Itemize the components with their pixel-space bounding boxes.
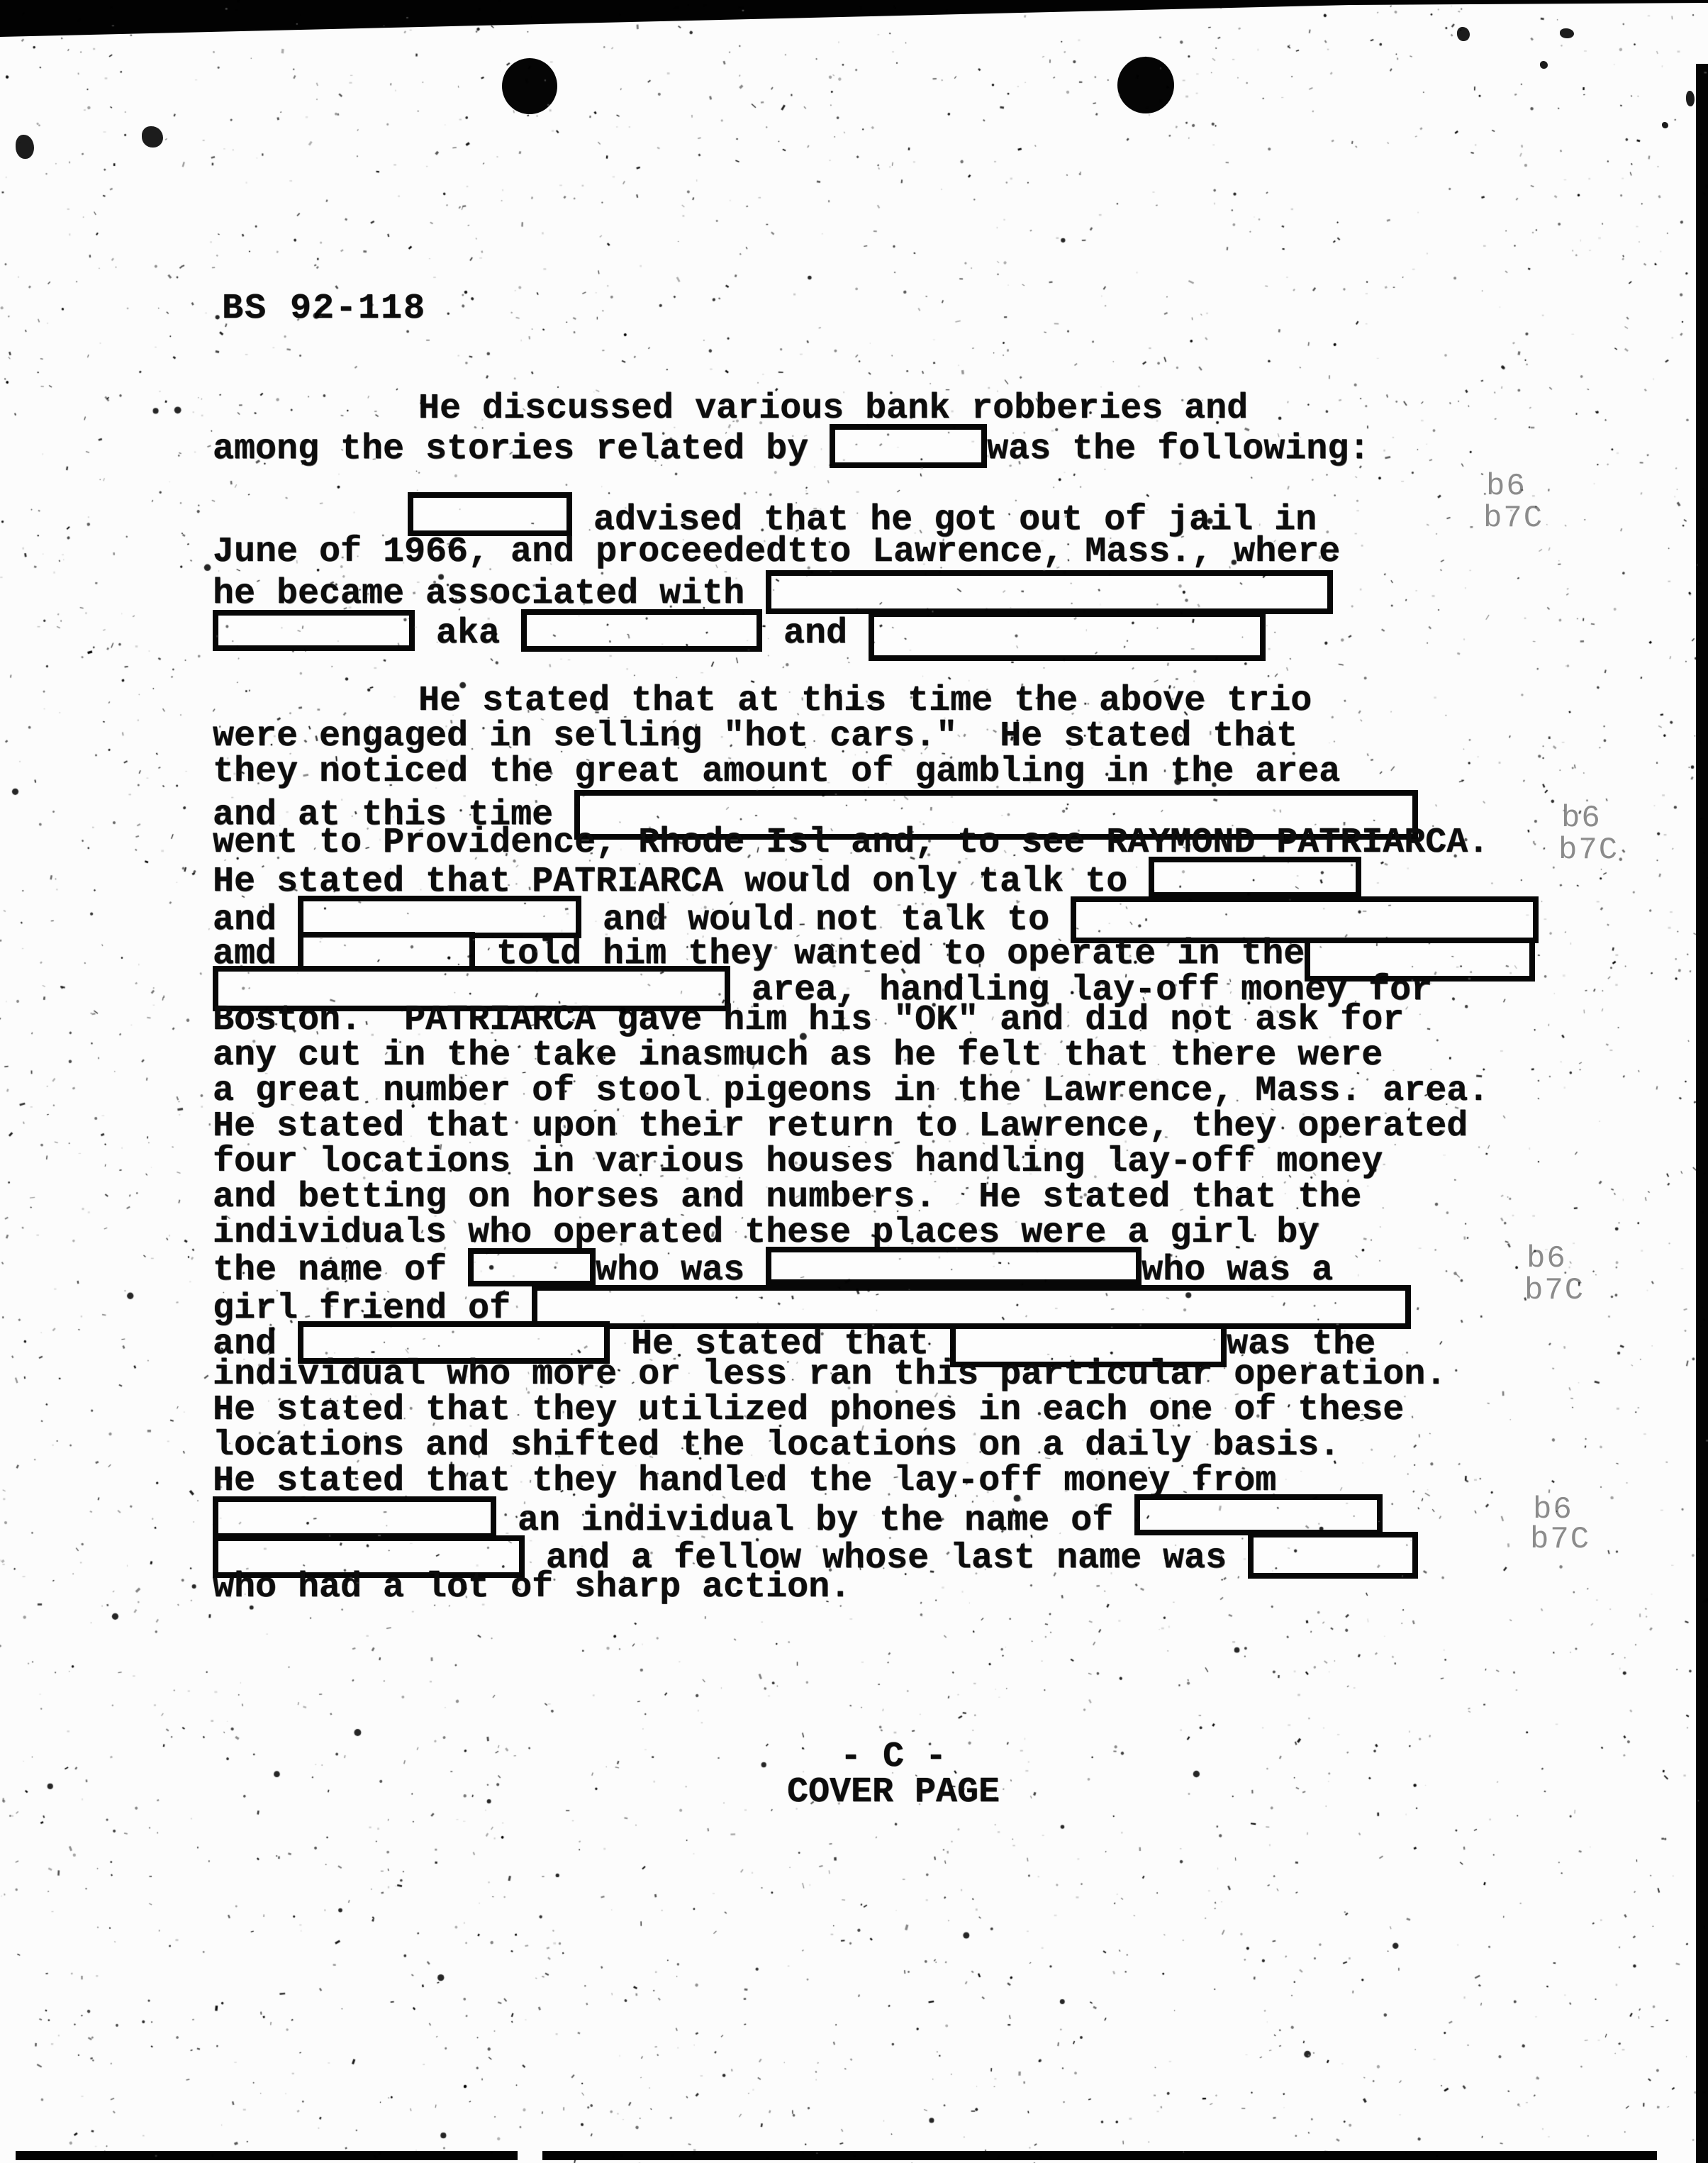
document-line: He discussed various bank robberies and [213,391,1248,427]
document-line: any cut in the take inasmuch as he felt … [213,1038,1383,1074]
document-line: among the stories related by was the fol… [213,427,1370,471]
document-line: He stated that upon their return to Lawr… [213,1109,1468,1145]
text-run: June of 1966, and proceededtto Lawrence,… [213,532,1340,572]
document-line: were engaged in selling "hot cars." He s… [213,719,1297,755]
redaction-box [1134,1494,1383,1535]
text-run: and betting on horses and numbers. He st… [213,1177,1361,1218]
foia-exemption-code: b7C [1524,1275,1585,1306]
ink-mark [1662,122,1668,128]
ink-mark [1540,61,1548,69]
footer-section-label: - C - [752,1740,1035,1775]
text-run: among the stories related by [213,429,830,469]
page-footer: - C - COVER PAGE [752,1740,1035,1811]
text-run: aka [415,613,521,654]
text-run: were engaged in selling "hot cars." He s… [213,716,1297,757]
ink-mark [1686,91,1695,106]
ink-mark [142,126,163,148]
foia-exemption-code: b6 [1533,1494,1573,1525]
redaction-box [213,1496,496,1539]
document-line: individuals who operated these places we… [213,1216,1319,1251]
foia-exemption-code: b7C [1483,503,1544,534]
foia-exemption-code: b7C [1558,835,1619,866]
text-run: was the following: [987,429,1370,469]
document-line: they noticed the great amount of gamblin… [213,755,1340,790]
document-line: locations and shifted the locations on a… [213,1428,1340,1464]
case-number: BS 92-118 [222,289,426,329]
text-run: a great number of stool pigeons in the L… [213,1071,1489,1111]
document-line: who had a lot of sharp action. [213,1570,851,1606]
redaction-box [766,1247,1142,1285]
document-line: He stated that they utilized phones in e… [213,1393,1404,1428]
document-line: aka and [213,608,1266,658]
foia-exemption-code: b7C [1530,1524,1590,1555]
redaction-box [468,1248,596,1286]
redaction-box [408,492,572,536]
document-line: June of 1966, and proceededtto Lawrence,… [213,535,1340,570]
foia-exemption-code: b6 [1526,1243,1567,1274]
text-run: individual who more or less ran this par… [213,1355,1446,1395]
scanned-document-page: BS 92-118 He discussed various bank robb… [0,0,1708,2163]
redaction-box [830,424,987,468]
hole-punch [502,58,557,114]
text-run: any cut in the take inasmuch as he felt … [213,1035,1383,1076]
redaction-box [213,610,415,651]
scanner-bottom-edge-shadow [16,2151,518,2160]
document-line: Boston. PATRIARCA gave him his "OK" and … [213,1003,1404,1038]
hole-punch [1117,57,1174,113]
document-line: the name of who was who was a [213,1251,1333,1289]
text-run: He stated that upon their return to Lawr… [213,1106,1468,1147]
text-run: He stated that they handled the lay-off … [213,1461,1276,1501]
scanner-top-edge-shadow [0,0,1708,43]
document-line: individual who more or less ran this par… [213,1357,1446,1393]
text-run: four locations in various houses handlin… [213,1142,1383,1182]
redaction-box [766,570,1333,614]
text-run: they noticed the great amount of gamblin… [213,752,1340,792]
text-run: Boston. PATRIARCA gave him his "OK" and … [213,1000,1404,1040]
text-run: He discussed various bank robberies and [418,389,1248,429]
text-run: the name of [213,1250,468,1291]
document-line: a great number of stool pigeons in the L… [213,1074,1489,1109]
footer-page-label: COVER PAGE [752,1775,1035,1811]
ink-mark [16,135,34,159]
ink-mark [1457,27,1470,41]
redaction-box [869,611,1266,661]
document-line: He stated that they handled the lay-off … [213,1464,1276,1499]
foia-exemption-code: b6 [1561,803,1602,834]
document-line: and betting on horses and numbers. He st… [213,1180,1361,1216]
document-line: four locations in various houses handlin… [213,1145,1383,1180]
text-run: He stated that at this time the above tr… [418,681,1312,721]
document-line: He stated that at this time the above tr… [213,684,1312,719]
ink-mark [1560,28,1574,38]
text-run: locations and shifted the locations on a… [213,1425,1340,1466]
document-line: went to Providence, Rhode Isl and, to se… [213,825,1489,861]
text-run: and [762,613,869,654]
text-run: who had a lot of sharp action. [213,1567,851,1608]
foia-exemption-code: b6 [1486,471,1526,502]
redaction-box [1248,1532,1418,1579]
scanner-right-edge-shadow [1696,64,1708,2163]
text-run: He stated that they utilized phones in e… [213,1390,1404,1430]
redaction-box [521,609,762,652]
redaction-box [1149,857,1361,898]
scanner-bottom-edge-shadow [542,2151,1657,2160]
